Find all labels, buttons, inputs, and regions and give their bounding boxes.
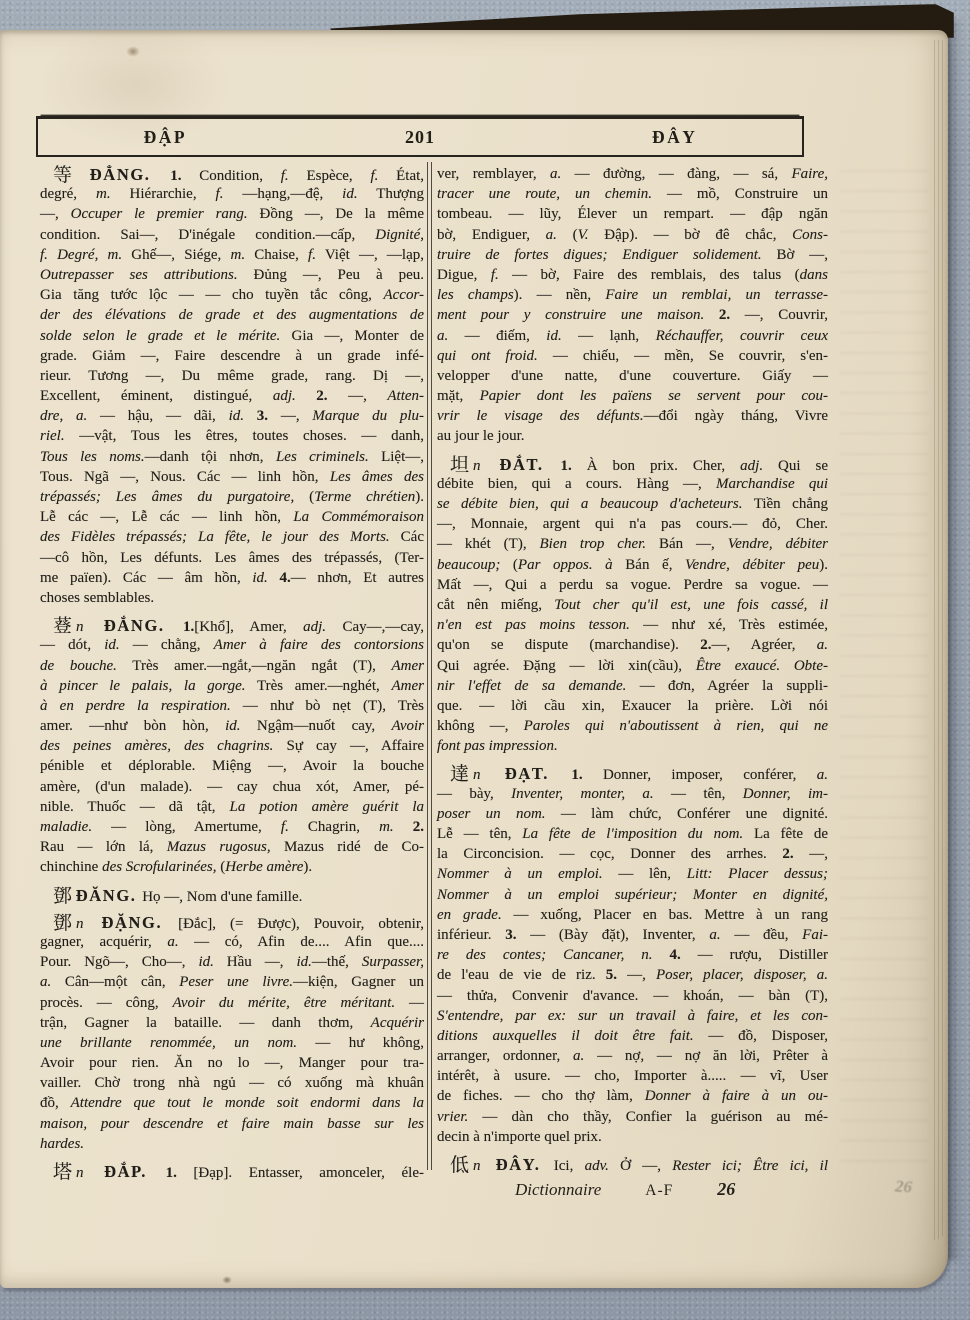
dictionary-entry: 達n ĐẠT. 1. Donner, imposer, conférer, a.… <box>437 763 828 1147</box>
page-number: 201 <box>293 127 548 148</box>
entry-line: a. — điếm, id. — lạnh, Réchauffer, couvr… <box>437 326 828 346</box>
entry-line: vailler. Chờ trong nhà ngủ — có xuống mà… <box>40 1073 424 1093</box>
footer-signature-number: 26 <box>717 1179 735 1199</box>
entry-line: Tous. Ngã —, Nous. Các — linh hồn, Les â… <box>40 467 424 487</box>
dictionary-entry: 坦n ĐẮT. 1. À bon prix. Cher, adj. Qui se… <box>437 454 828 757</box>
dictionary-entry: ver, remblayer, a. — đường, — đàng, — sá… <box>437 164 828 447</box>
entry-line: que. — lời cầu xin, Exaucer la prière. L… <box>437 696 828 716</box>
entry-line: condition. Sai—, D'inégale condition.—cấ… <box>40 225 424 245</box>
entry-line: 䔲n ĐẮNG. 1.[Khổ], Amer, adj. Cay—,—cay, <box>40 615 424 635</box>
entry-line: procès. — công, Avoir du mérite, être mé… <box>40 993 424 1013</box>
entry-line: solde selon le grade et le mérite. Gia —… <box>40 326 424 346</box>
entry-line: S'entendre, par ex: sur un travail à fai… <box>437 1006 828 1026</box>
entry-line: 等 ĐẲNG. 1. Condition, f. Espèce, f. État… <box>40 164 424 184</box>
entry-line: 鄧 ĐĂNG. Họ —, Nom d'une famille. <box>40 885 424 905</box>
entry-line: 達n ĐẠT. 1. Donner, imposer, conférer, a. <box>437 763 828 783</box>
entry-line: amer. —như bòn hòn, id. Ngậm—nuốt cay, A… <box>40 716 424 736</box>
entry-line: pénible et déplorable. Miệng —, Avoir la… <box>40 756 424 776</box>
entry-line: Lễ — tên, La fête de l'imposition du nom… <box>437 824 828 844</box>
entry-line: à en perdre la respiration. — như bò nẹt… <box>40 696 424 716</box>
entry-line: — thửa, Convenir d'avance. — khoán, — bà… <box>437 986 828 1006</box>
entry-line: Avoir pour rien. Ăn no lo —, Manger pour… <box>40 1053 424 1073</box>
footer-work-title: Dictionnaire <box>515 1180 601 1200</box>
entry-line: Tous les noms.—danh tội nhơn, Les crimin… <box>40 447 424 467</box>
entry-line: 坦n ĐẮT. 1. À bon prix. Cher, adj. Qui se <box>437 454 828 474</box>
particle-marker: n <box>469 1158 483 1174</box>
entry-line: la Circoncision. — cọc, Donner des arrhe… <box>437 844 828 864</box>
book-edge-shadow <box>946 20 964 1260</box>
han-character: 坦 <box>450 455 469 475</box>
paper-stain <box>126 46 140 57</box>
headword: ĐẮNG. <box>86 616 183 635</box>
headword: ĐĂNG. <box>76 886 142 905</box>
entry-line: ditions auxquelles il doit être fait. — … <box>437 1026 828 1046</box>
entry-line: beaucoup; (Par oppos. à Bán ế, Vendre, d… <box>437 555 828 575</box>
entry-line: tombeau. — lũy, Élever un rempart. — đập… <box>437 204 828 224</box>
entry-line: maladie. — lòng, Amertume, f. Chagrin, m… <box>40 817 424 837</box>
entry-line: Nommer à un emploi supérieur; Monter en … <box>437 885 828 905</box>
entry-line: —cô hồn, Les défunts. Les âmes des trépa… <box>40 548 424 568</box>
entry-line: chinchine des Scrofularinées, (Herbe amè… <box>40 857 424 877</box>
entry-line: débite bien, qui a cours. Hàng —, Marcha… <box>437 474 828 494</box>
headword: ĐÂY. <box>483 1155 554 1174</box>
entry-line: vrir le visage des défunts.—đổi ngày thá… <box>437 406 828 426</box>
dictionary-page: ĐẬP 201 ĐÂY 等 ĐẲNG. 1. Condition, f. Esp… <box>0 30 948 1288</box>
entry-line: qui ont froid. — chiếu, — mền, Se couvri… <box>437 346 828 366</box>
entry-line: Pour. Ngõ—, Cho—, id. Hầu —, id.—thế, Su… <box>40 952 424 972</box>
entry-line: mặt, Papier dont les païens se servent p… <box>437 386 828 406</box>
entry-line: ver, remblayer, a. — đường, — đàng, — sá… <box>437 164 828 184</box>
entry-line: dre, a. — hậu, — dãi, id. 3. —, Marque d… <box>40 406 424 426</box>
entry-line: re des contes; Cancaner, n. 4. — rượu, D… <box>437 945 828 965</box>
ghost-signature-number: 26 <box>894 1176 912 1197</box>
dictionary-entry: 低n ĐÂY. Ici, adv. Ở —, Rester ici; Être … <box>437 1154 828 1174</box>
footer-volume-code: A-F <box>645 1181 673 1201</box>
dictionary-entry: 等 ĐẲNG. 1. Condition, f. Espèce, f. État… <box>40 164 424 608</box>
entry-line: der des élévations de grade et des augme… <box>40 305 424 325</box>
entry-line: arranger, ordonner, a. — nợ, — nợ ăn lời… <box>437 1046 828 1066</box>
column-divider <box>427 162 432 1170</box>
han-character: 等 <box>53 165 72 185</box>
entry-line: degré, m. Hiérarchie, f. —hạng,—đệ, id. … <box>40 184 424 204</box>
entry-line: trận, Gagner la bataille. — danh thơm, A… <box>40 1013 424 1033</box>
header-left-word: ĐẬP <box>38 127 293 148</box>
entry-line: 鄧n ĐẶNG. [Đắc], (= Được), Pouvoir, obten… <box>40 912 424 932</box>
entry-line: gagner, acquérir, a. — có, Afin de.... A… <box>40 932 424 952</box>
particle-marker: n <box>469 458 483 474</box>
entry-line: à pincer le palais, la gorge. Très amer.… <box>40 676 424 696</box>
entry-line: intérêt, à usure. — cho, Importer à.....… <box>437 1066 828 1086</box>
entry-line: font pas impression. <box>437 736 828 756</box>
han-character: 鄧 <box>53 886 72 906</box>
dictionary-entry: 䔲n ĐẮNG. 1.[Khổ], Amer, adj. Cay—,—cay,—… <box>40 615 424 877</box>
running-header: ĐẬP 201 ĐÂY <box>36 116 804 157</box>
entry-line: Qui agrée. Đặng — lời xin(cầu), Être exa… <box>437 656 828 676</box>
entry-line: grade. Giảm —, Faire descendre à un grad… <box>40 346 424 366</box>
header-right-word: ĐÂY <box>547 127 802 148</box>
particle-marker: n <box>72 619 86 635</box>
entry-line: de bouche. Très amer.—ngắt,—ngăn ngắt (T… <box>40 656 424 676</box>
dictionary-entry: 塔n ĐẮP. 1. [Đạp]. Entasser, amonceler, é… <box>40 1161 424 1181</box>
dictionary-entry: 鄧n ĐẶNG. [Đắc], (= Được), Pouvoir, obten… <box>40 912 424 1154</box>
entry-line: 塔n ĐẮP. 1. [Đạp]. Entasser, amonceler, é… <box>40 1161 424 1181</box>
page-footer: DictionnaireA-F26 <box>515 1179 828 1201</box>
particle-marker: n <box>469 767 483 783</box>
entry-line: ment pour y construire une maison. 2. —,… <box>437 305 828 325</box>
entry-line: de l'eau de vie de riz. 5. —, Poser, pla… <box>437 965 828 985</box>
entry-line: Digue, f. — bờ, Faire des remblais, des … <box>437 265 828 285</box>
entry-line: au jour le jour. <box>437 426 828 446</box>
han-character: 塔 <box>53 1162 72 1182</box>
entry-line: tracer une route, un chemin. — mồ, Const… <box>437 184 828 204</box>
entry-line: — dót, id. — chằng, Amer à faire des con… <box>40 635 424 655</box>
column-right: ver, remblayer, a. — đường, — đàng, — sá… <box>437 164 828 1201</box>
entry-line: n'en est pas moins tesson. — như xé, Trè… <box>437 615 828 635</box>
entry-line: đồ, Attendre que tout le monde soit endo… <box>40 1093 424 1113</box>
headword: ĐẮP. <box>86 1162 166 1181</box>
entry-line: Excellent, éminent, distingué, adj. 2. —… <box>40 386 424 406</box>
entry-line: riel. —vật, Tous les êtres, toutes chose… <box>40 426 424 446</box>
particle-marker: n <box>72 1165 86 1181</box>
entry-line: les champs). — nền, Faire un remblai, un… <box>437 285 828 305</box>
ink-bleed-through <box>840 170 928 1180</box>
entry-line: Outrepasser ses attributions. Đủng —, Pe… <box>40 265 424 285</box>
column-left: 等 ĐẲNG. 1. Condition, f. Espèce, f. État… <box>40 164 424 1181</box>
entry-line: — bày, Inventer, monter, a. — tên, Donne… <box>437 784 828 804</box>
han-character: 鄧 <box>53 913 72 933</box>
entry-line: Mất —, Qui a perdu sa vogue. Perdre sa v… <box>437 575 828 595</box>
paper-stain <box>222 1276 232 1284</box>
entry-line: —, Occuper le premier rang. Đồng —, De l… <box>40 204 424 224</box>
entry-line: poser un nom. — làm chức, Conférer une d… <box>437 804 828 824</box>
entry-line: rieur. Tương —, Du même grade, rang. Dị … <box>40 366 424 386</box>
entry-line: Lễ các —, Lễ các — linh hồn, La Commémor… <box>40 507 424 527</box>
entry-line: Nommer à un emploi. — lên, Litt: Placer … <box>437 864 828 884</box>
particle-marker: n <box>72 916 86 932</box>
entry-line: hardes. <box>40 1134 424 1154</box>
headword: ĐẶNG. <box>86 913 179 932</box>
book-scan: ĐẬP 201 ĐÂY 等 ĐẲNG. 1. Condition, f. Esp… <box>0 0 970 1320</box>
entry-line: — khét (T), Bien trop cher. Bán —, Vendr… <box>437 534 828 554</box>
entry-line: choses semblables. <box>40 588 424 608</box>
entry-line: me païen). Các — âm hồn, id. 4.— nhơn, E… <box>40 568 424 588</box>
entry-line: truire de fortes digues; Endiguer solide… <box>437 245 828 265</box>
han-character: 䔲 <box>53 616 72 636</box>
entry-line: không —, Paroles qui n'aboutissent à rie… <box>437 716 828 736</box>
entry-line: —, Monnaie, argent qui n'a pas cours.— đ… <box>437 514 828 534</box>
entry-line: Gia tăng tước lộc — — cho tuyền tắc công… <box>40 285 424 305</box>
entry-line: vrier. — dàn cho thầy, Confier la guéris… <box>437 1107 828 1127</box>
entry-line: maison, pour descendre et faire main bas… <box>40 1114 424 1134</box>
entry-line: qu'on se dispute (marchandise). 2.—, Agr… <box>437 635 828 655</box>
entry-line: inférieur. 3. — (Bày đặt), Inventer, a. … <box>437 925 828 945</box>
han-character: 低 <box>450 1155 469 1175</box>
entry-line: 低n ĐÂY. Ici, adv. Ở —, Rester ici; Être … <box>437 1154 828 1174</box>
entry-line: des peines amères, des chagrins. Sự cay … <box>40 736 424 756</box>
headword: ĐẮT. <box>483 455 561 474</box>
entry-line: amère, (d'un malade). — cay chua xót, Am… <box>40 777 424 797</box>
headword: ĐẲNG. <box>90 165 170 184</box>
entry-line: velopper d'une natte, d'une couverture. … <box>437 366 828 386</box>
entry-line: se débite bien, qui a beaucoup d'acheteu… <box>437 494 828 514</box>
entry-line: Rau — lớn lá, Mazus rugosus, Mazus ridé … <box>40 837 424 857</box>
headword: ĐẠT. <box>483 764 572 783</box>
entry-line: nible. Thuốc — dã tật, La potion amère g… <box>40 797 424 817</box>
entry-line: bờ, Endiguer, a. (V. Đập). — bờ đê chắc,… <box>437 225 828 245</box>
entry-line: de fiches. — cho thợ làm, Donner à faire… <box>437 1086 828 1106</box>
entry-line: des Fidèles trépassés; La fête, le jour … <box>40 527 424 547</box>
entry-line: nir l'effet de sa demande. — đơn, Agréer… <box>437 676 828 696</box>
dictionary-entry: 鄧 ĐĂNG. Họ —, Nom d'une famille. <box>40 885 424 905</box>
entry-line: a. Cân—một cân, Peser une livre.—kiện, G… <box>40 972 424 992</box>
entry-line: trépassés; Les âmes du purgatoire, (Term… <box>40 487 424 507</box>
entry-line: f. Degré, m. Ghế—, Siége, m. Chaise, f. … <box>40 245 424 265</box>
entry-line: decin à n'importe quel prix. <box>437 1127 828 1147</box>
han-character: 達 <box>450 764 469 784</box>
entry-line: une brillante renommée, un nom. — hư khô… <box>40 1033 424 1053</box>
entry-line: en grade. — xuống, Placer en bas. Mettre… <box>437 905 828 925</box>
entry-line: cắt nên miếng, Tout cher qu'il est, une … <box>437 595 828 615</box>
